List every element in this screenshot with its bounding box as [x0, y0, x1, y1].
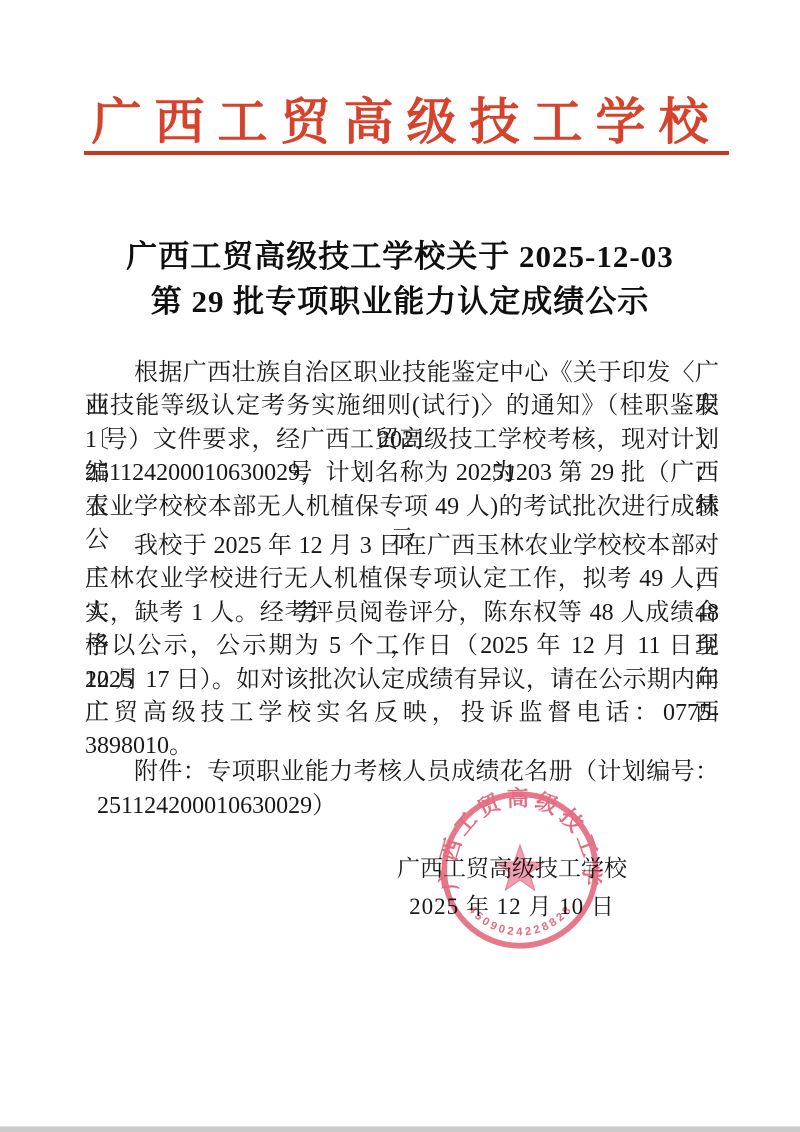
- attachment-line: 附件：专项职业能力考核人员成绩花名册（计划编号：: [85, 756, 719, 789]
- paragraph2-line: 人，缺考 1 人。经考评员阅卷评分，陈东权等 48 人成绩合格，现: [85, 597, 719, 630]
- paragraph1-line: 1 号）文件要求，经广西工贸高级技工学校考核，现对计划编号为：: [85, 424, 719, 457]
- paragraph2-line: 我校于 2025 年 12 月 3 日在广西玉林农业学校校本部对广西: [85, 530, 719, 563]
- signature-date: 2025 年 12 月 10 日: [396, 892, 628, 922]
- signature-block: 广西工贸高级技工学校 2025 年 12 月 10 日: [396, 854, 628, 922]
- signature-org: 广西工贸高级技工学校: [396, 854, 628, 884]
- document-title-line1: 广西工贸高级技工学校关于 2025-12-03: [0, 234, 800, 279]
- paragraph1-line: 251124200010630029，计划名称为 20251203 第 29 批…: [85, 457, 719, 490]
- paragraph1-line: 业技能等级认定考务实施细则(试行)〉的通知》（桂职鉴发〔2021〕: [85, 390, 719, 423]
- paragraph2-line: 12 月 17 日）。如对该批次认定成绩有异议，请在公示期内向广西: [85, 664, 719, 697]
- attachment-line: 251124200010630029）: [85, 790, 719, 823]
- letterhead-rule: [84, 151, 729, 155]
- paragraph1-line: 根据广西壮族自治区职业技能鉴定中心《关于印发〈广西职: [85, 357, 719, 390]
- document-title: 广西工贸高级技工学校关于 2025-12-03 第 29 批专项职业能力认定成绩…: [0, 234, 800, 324]
- paragraph2-line: 予以公示，公示期为 5 个工作日（2025 年 12 月 11 日至 2025 …: [85, 630, 719, 663]
- document-page: 广西工贸高级技工学校 广西工贸高级技工学校关于 2025-12-03 第 29 …: [0, 0, 800, 1132]
- document-body: 根据广西壮族自治区职业技能鉴定中心《关于印发〈广西职 业技能等级认定考务实施细则…: [85, 357, 719, 823]
- paragraph2-line: 玉林农业学校进行无人机植保专项认定工作，拟考 49 人，实考 48: [85, 563, 719, 596]
- scan-edge-artifact: [0, 1126, 800, 1132]
- paragraph1-line: 农业学校校本部无人机植保专项 49 人)的考试批次进行成绩公示。: [85, 491, 719, 524]
- paragraph2-line: 工贸高级技工学校实名反映，投诉监督电话：0775-3898010。: [85, 697, 719, 730]
- document-title-line2: 第 29 批专项职业能力认定成绩公示: [0, 279, 800, 324]
- letterhead-school-name: 广西工贸高级技工学校: [0, 82, 800, 154]
